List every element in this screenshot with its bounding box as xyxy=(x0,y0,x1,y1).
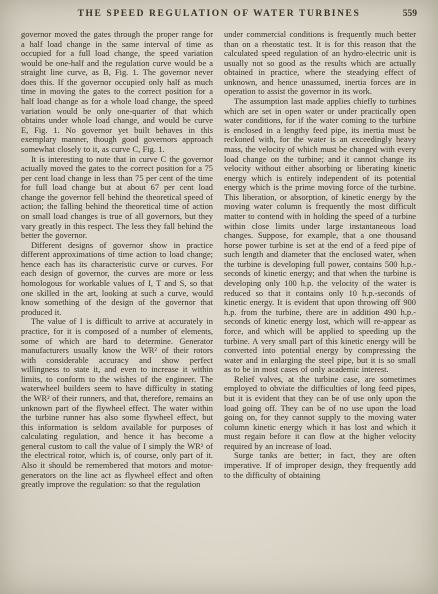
page-header: THE SPEED REGULATION OF WATER TURBINES 5… xyxy=(21,9,417,23)
paragraph: The value of I is difficult to arrive at… xyxy=(21,317,213,489)
paragraph: Surge tanks are better; in fact, they ar… xyxy=(224,451,416,480)
paragraph: The assumption last made applies chiefly… xyxy=(224,97,416,375)
left-column: governor moved the gates through the pro… xyxy=(21,30,213,586)
paragraph: Relief valves, at the turbine case, are … xyxy=(224,375,416,452)
paragraph: governor moved the gates through the pro… xyxy=(21,30,213,155)
page-number: 559 xyxy=(403,9,417,19)
paragraph: It is interesting to note that in curve … xyxy=(21,155,213,241)
paragraph: under commercial conditions is frequentl… xyxy=(224,30,416,97)
paragraph: Different designs of governor show in pr… xyxy=(21,241,213,318)
text-columns: governor moved the gates through the pro… xyxy=(21,30,417,586)
page-title: THE SPEED REGULATION OF WATER TURBINES xyxy=(21,9,417,19)
right-column: under commercial conditions is frequentl… xyxy=(224,30,416,586)
book-page: THE SPEED REGULATION OF WATER TURBINES 5… xyxy=(0,0,438,594)
